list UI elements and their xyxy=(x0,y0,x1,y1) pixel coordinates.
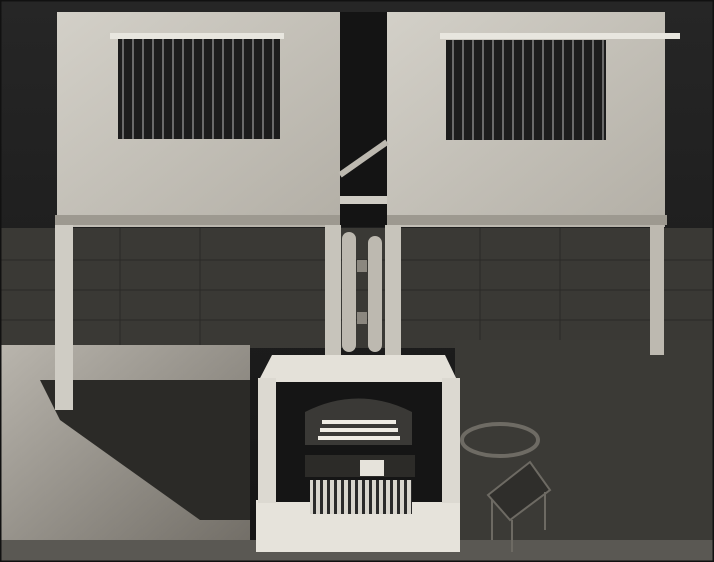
post xyxy=(385,225,401,355)
right-chamber-shutters xyxy=(446,40,606,140)
left-chamber-shutters xyxy=(118,39,280,139)
wind-duct xyxy=(342,232,356,352)
left-chamber xyxy=(55,12,342,227)
organ-photograph xyxy=(0,0,714,562)
post xyxy=(325,225,341,355)
right-chamber xyxy=(385,12,680,227)
post xyxy=(650,225,664,355)
wind-duct xyxy=(368,236,382,352)
organ-console xyxy=(256,355,460,552)
pedalboard xyxy=(310,480,412,514)
back-wall xyxy=(0,228,714,348)
floor-right xyxy=(455,340,714,562)
post xyxy=(55,225,73,410)
manuals xyxy=(318,420,400,440)
